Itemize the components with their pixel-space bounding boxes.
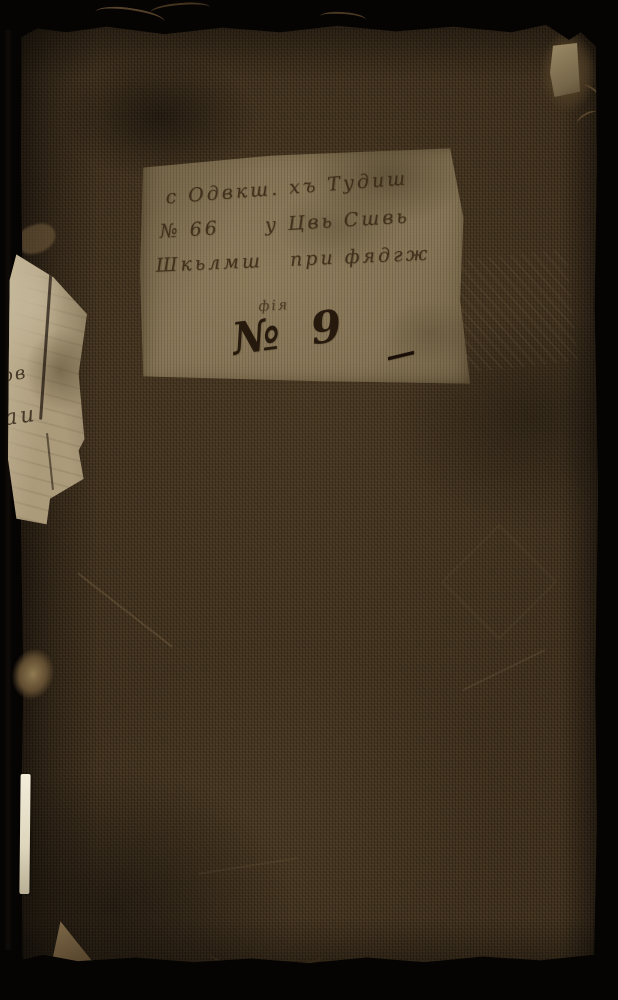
embossed-watermark-diamond [441,524,557,640]
corner-wear-fray [540,31,596,113]
scratch-mark [198,857,297,875]
scratch-mark [462,649,546,691]
paper-crack [46,433,54,490]
frayed-corner-threads [37,918,95,979]
loose-thread [575,108,599,128]
title-label-content: с Одвкш. хъ Тудиш № 66 у Цвь Сшвь Шкьлмш… [133,136,477,396]
title-label: с Одвкш. хъ Тудиш № 66 у Цвь Сшвь Шкьлмш… [140,146,470,386]
book-cover: с Одвкш. хъ Тудиш № 66 у Цвь Сшвь Шкьлмш… [20,23,598,964]
page-edge-strip [19,774,30,894]
photo-background: с Одвкш. хъ Тудиш № 66 у Цвь Сшвь Шкьлмш… [0,0,618,1000]
loose-thread [297,950,325,965]
frayed-spot [13,220,60,259]
page-block-edge [4,30,12,950]
loose-thread [320,10,367,25]
loose-thread [150,0,211,19]
label-number: № 9 [229,300,352,366]
handwritten-line: Шкьлмш при фядгж [155,243,430,277]
scratch-mark [77,572,173,647]
handwritten-line: № 66 у Цвь Сшвь [159,206,410,243]
loose-thread [207,946,241,967]
corner-wear-patch [550,43,580,97]
ink-dash: — [382,333,422,375]
handwritten-line: с Одвкш. хъ Тудиш [165,167,409,208]
